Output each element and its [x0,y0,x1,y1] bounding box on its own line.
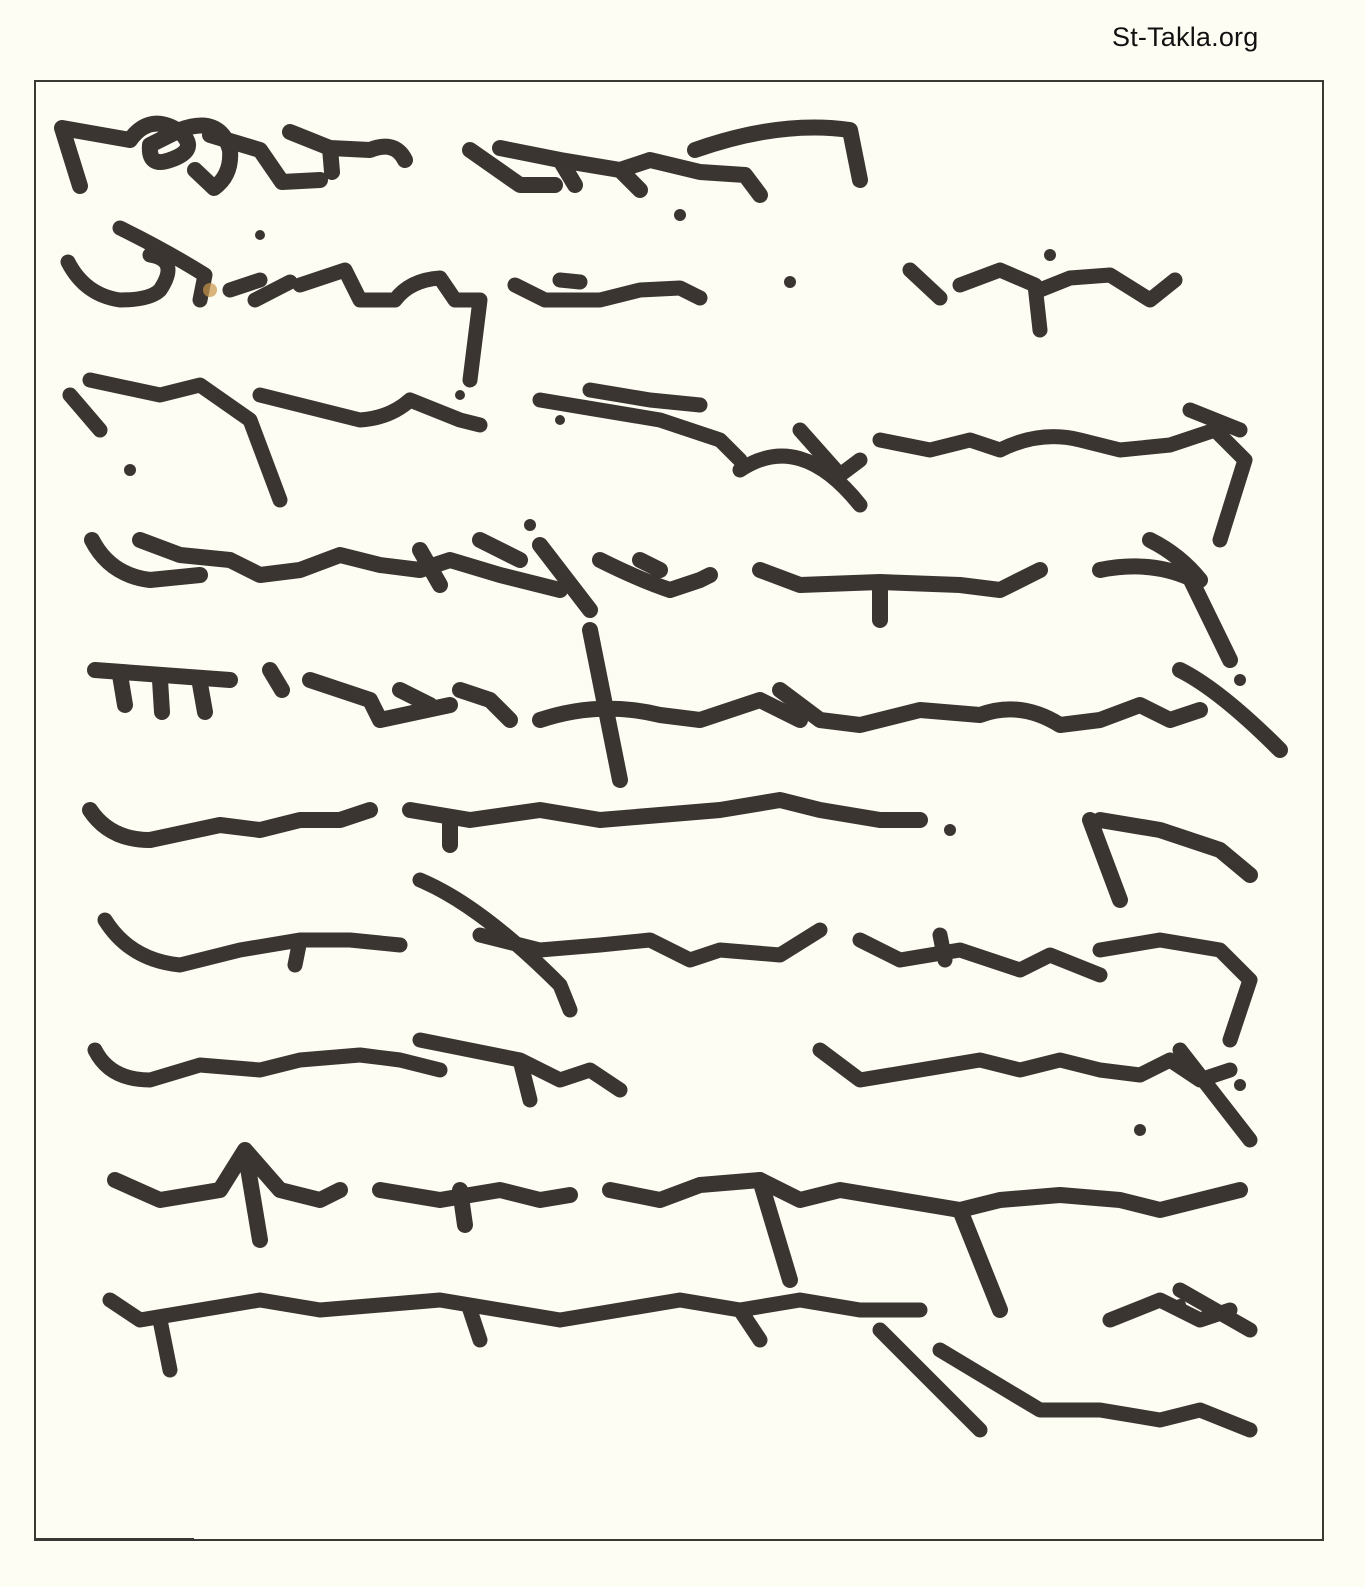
script-line-5 [95,630,1280,780]
script-line-7 [105,880,1250,1040]
script-line-3 [70,380,1245,540]
script-line-9 [115,1150,1240,1310]
script-line-11 [880,1330,1250,1430]
punctuation-dots [124,209,1246,1311]
script-line-6 [90,800,1250,900]
paper-stain [203,283,217,297]
script-line-2 [68,228,1175,380]
script-line-4 [92,540,1230,660]
script-line-10 [110,1290,1250,1370]
script-line-1 [62,124,860,195]
script-line-8 [95,1040,1250,1140]
manuscript-script [0,0,1365,1587]
